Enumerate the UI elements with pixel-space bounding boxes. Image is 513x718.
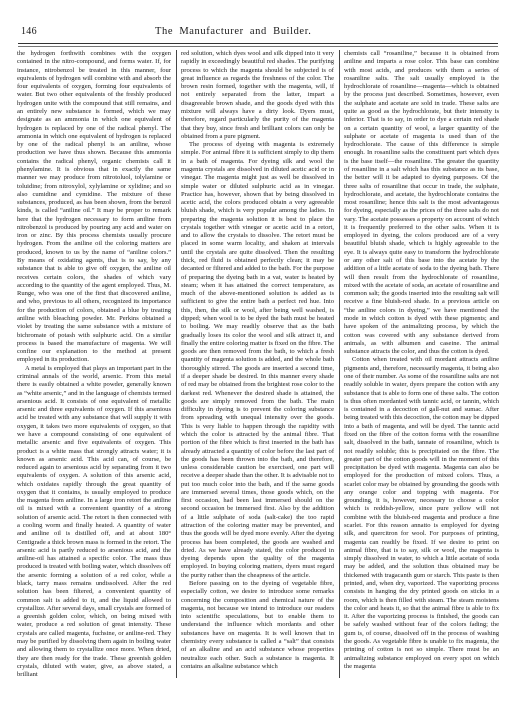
column-3-paragraph-2: Cotton when treated with oil mordant att…: [344, 356, 499, 671]
column-divider: [339, 50, 340, 678]
column-1: the hydrogen forthwith combines with the…: [17, 50, 171, 680]
page-header: 146 The Manufacturer and Builder.: [18, 26, 498, 40]
column-2-paragraph-2: The process of dyeing with magenta is ex…: [181, 141, 334, 580]
column-divider: [176, 50, 177, 678]
running-title: The Manufacturer and Builder.: [155, 26, 311, 37]
column-1-paragraph-2: A metal is employed that plays an import…: [17, 365, 171, 680]
article-columns: the hydrogen forthwith combines with the…: [17, 50, 499, 680]
column-2-paragraph-3: Before passing on to the dyeing of veget…: [181, 580, 334, 671]
header-rule: [18, 43, 498, 44]
column-2-paragraph-1: red solution, which dyes wool and silk d…: [181, 50, 334, 141]
column-2: red solution, which dyes wool and silk d…: [181, 50, 334, 680]
column-3: chemists call “rosaniline,” because it i…: [344, 50, 499, 680]
column-1-paragraph-1: the hydrogen forthwith combines with the…: [17, 50, 171, 365]
page-number: 146: [21, 26, 37, 37]
column-3-paragraph-1: chemists call “rosaniline,” because it i…: [344, 50, 499, 356]
header-rule-thin: [18, 46, 498, 47]
